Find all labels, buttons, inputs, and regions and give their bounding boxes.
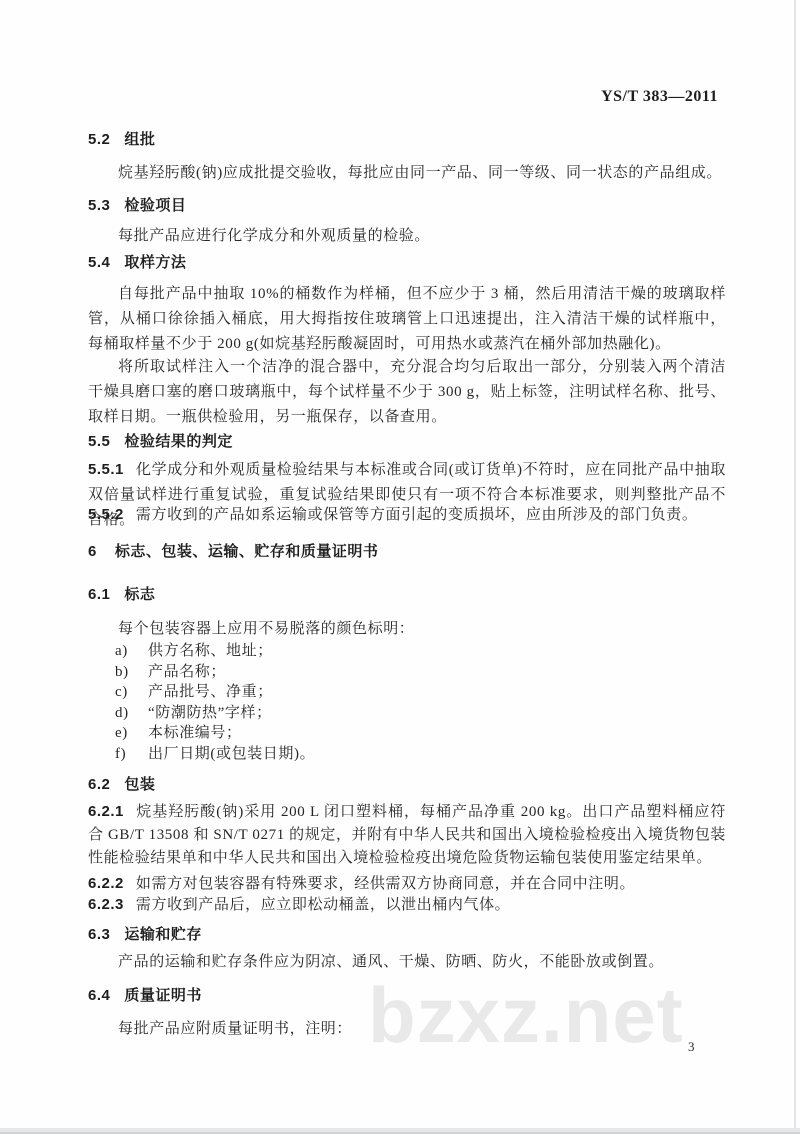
clause-5-5-2: 5.5.2需方收到的产品如系运输或保管等方面引起的变质损坏，应由所涉及的部门负责… — [88, 502, 726, 528]
clause-text: 需方收到产品后，应立即松动桶盖，以泄出桶内气体。 — [136, 897, 510, 913]
list-label: e) — [115, 723, 148, 744]
clause-text: 烷基羟肟酸(钠)采用 200 L 闭口塑料桶，每桶产品净重 200 kg。出口产… — [88, 804, 726, 866]
section-heading-5-2: 5.2组批 — [88, 131, 728, 149]
clause-title: 标志 — [124, 586, 155, 603]
clause-number: 6.2 — [88, 776, 110, 793]
clause-number: 6.2.1 — [88, 803, 124, 820]
clause-6-2-3: 6.2.3需方收到产品后，应立即松动桶盖，以泄出桶内气体。 — [88, 893, 726, 917]
clause-number: 6.4 — [88, 987, 110, 1004]
clause-number: 5.2 — [88, 131, 110, 148]
clause-number: 5.4 — [88, 254, 110, 271]
list-label: d) — [115, 703, 148, 724]
clause-title: 检验项目 — [124, 197, 186, 214]
list-label: f) — [115, 744, 148, 765]
section-heading-5-4: 5.4取样方法 — [88, 254, 728, 272]
list-text: 本标准编号； — [148, 725, 242, 741]
list-label: b) — [115, 662, 148, 683]
paragraph-6-3: 产品的运输和贮存条件应为阴凉、通风、干燥、防晒、防火，不能卧放或倒置。 — [88, 950, 726, 975]
list-text: 供方名称、地址； — [148, 643, 273, 659]
clause-title: 包装 — [124, 776, 155, 793]
list-item-d: d)“防潮防热”字样； — [115, 703, 725, 724]
section-heading-5-3: 5.3检验项目 — [88, 197, 728, 215]
list-item-e: e)本标准编号； — [115, 723, 725, 744]
clause-number: 6.1 — [88, 586, 110, 603]
document-page: bzxz.net YS/T 383—2011 5.2组批 烷基羟肟酸(钠)应成批… — [0, 0, 800, 1134]
clause-title: 运输和贮存 — [124, 926, 202, 943]
page-number: 3 — [688, 1040, 695, 1054]
paragraph-5-2: 烷基羟肟酸(钠)应成批提交验收，每批应由同一产品、同一等级、同一状态的产品组成。 — [88, 161, 726, 186]
clause-title: 检验结果的判定 — [124, 433, 233, 450]
section-heading-6-4: 6.4质量证明书 — [88, 987, 728, 1005]
clause-number: 6 — [88, 543, 97, 560]
scan-edge-right — [794, 0, 796, 1134]
clause-6-2-1: 6.2.1烷基羟肟酸(钠)采用 200 L 闭口塑料桶，每桶产品净重 200 k… — [88, 800, 726, 870]
clause-title: 取样方法 — [124, 254, 186, 271]
clause-title: 质量证明书 — [124, 987, 202, 1004]
clause-number: 6.2.2 — [88, 875, 124, 892]
section-heading-6-1: 6.1标志 — [88, 586, 728, 604]
section-heading-6: 6标志、包装、运输、贮存和质量证明书 — [88, 543, 728, 561]
section-heading-6-3: 6.3运输和贮存 — [88, 926, 728, 944]
section-heading-5-5: 5.5检验结果的判定 — [88, 433, 728, 451]
list-label: c) — [115, 682, 148, 703]
list-text: 产品名称； — [148, 664, 226, 680]
list-text: 产品批号、净重； — [148, 684, 273, 700]
clause-number: 5.5 — [88, 433, 110, 450]
paragraph-5-3: 每批产品应进行化学成分和外观质量的检验。 — [88, 224, 726, 249]
paragraph-5-4-2: 将所取试样注入一个洁净的混合器中，充分混合均匀后取出一部分，分别装入两个清洁干燥… — [88, 355, 726, 430]
clause-number: 6.2.3 — [88, 896, 124, 913]
paragraph-6-1-intro: 每个包装容器上应用不易脱落的颜色标明： — [88, 617, 726, 642]
paragraph-6-4: 每批产品应附质量证明书，注明： — [88, 1017, 726, 1042]
standard-code-header: YS/T 383—2011 — [0, 88, 718, 106]
list-item-c: c)产品批号、净重； — [115, 682, 725, 703]
clause-text: 如需方对包装容器有特殊要求，经供需双方协商同意，并在合同中注明。 — [136, 876, 635, 892]
clause-number: 5.5.1 — [88, 461, 124, 478]
list-item-a: a)供方名称、地址； — [115, 641, 725, 662]
section-heading-6-2: 6.2包装 — [88, 776, 728, 794]
paragraph-5-4-1: 自每批产品中抽取 10%的桶数作为样桶，但不应少于 3 桶，然后用清洁干燥的玻璃… — [88, 282, 726, 357]
clause-number: 6.3 — [88, 926, 110, 943]
list-item-f: f)出厂日期(或包装日期)。 — [115, 744, 725, 765]
list-text: “防潮防热”字样； — [148, 705, 272, 721]
list-label: a) — [115, 641, 148, 662]
list-item-b: b)产品名称； — [115, 662, 725, 683]
clause-text: 需方收到的产品如系运输或保管等方面引起的变质损坏，应由所涉及的部门负责。 — [136, 507, 698, 523]
clause-number: 5.5.2 — [88, 506, 124, 523]
clause-title: 组批 — [124, 131, 155, 148]
list-text: 出厂日期(或包装日期)。 — [148, 746, 315, 762]
clause-title: 标志、包装、运输、贮存和质量证明书 — [115, 543, 379, 560]
clause-number: 5.3 — [88, 197, 110, 214]
